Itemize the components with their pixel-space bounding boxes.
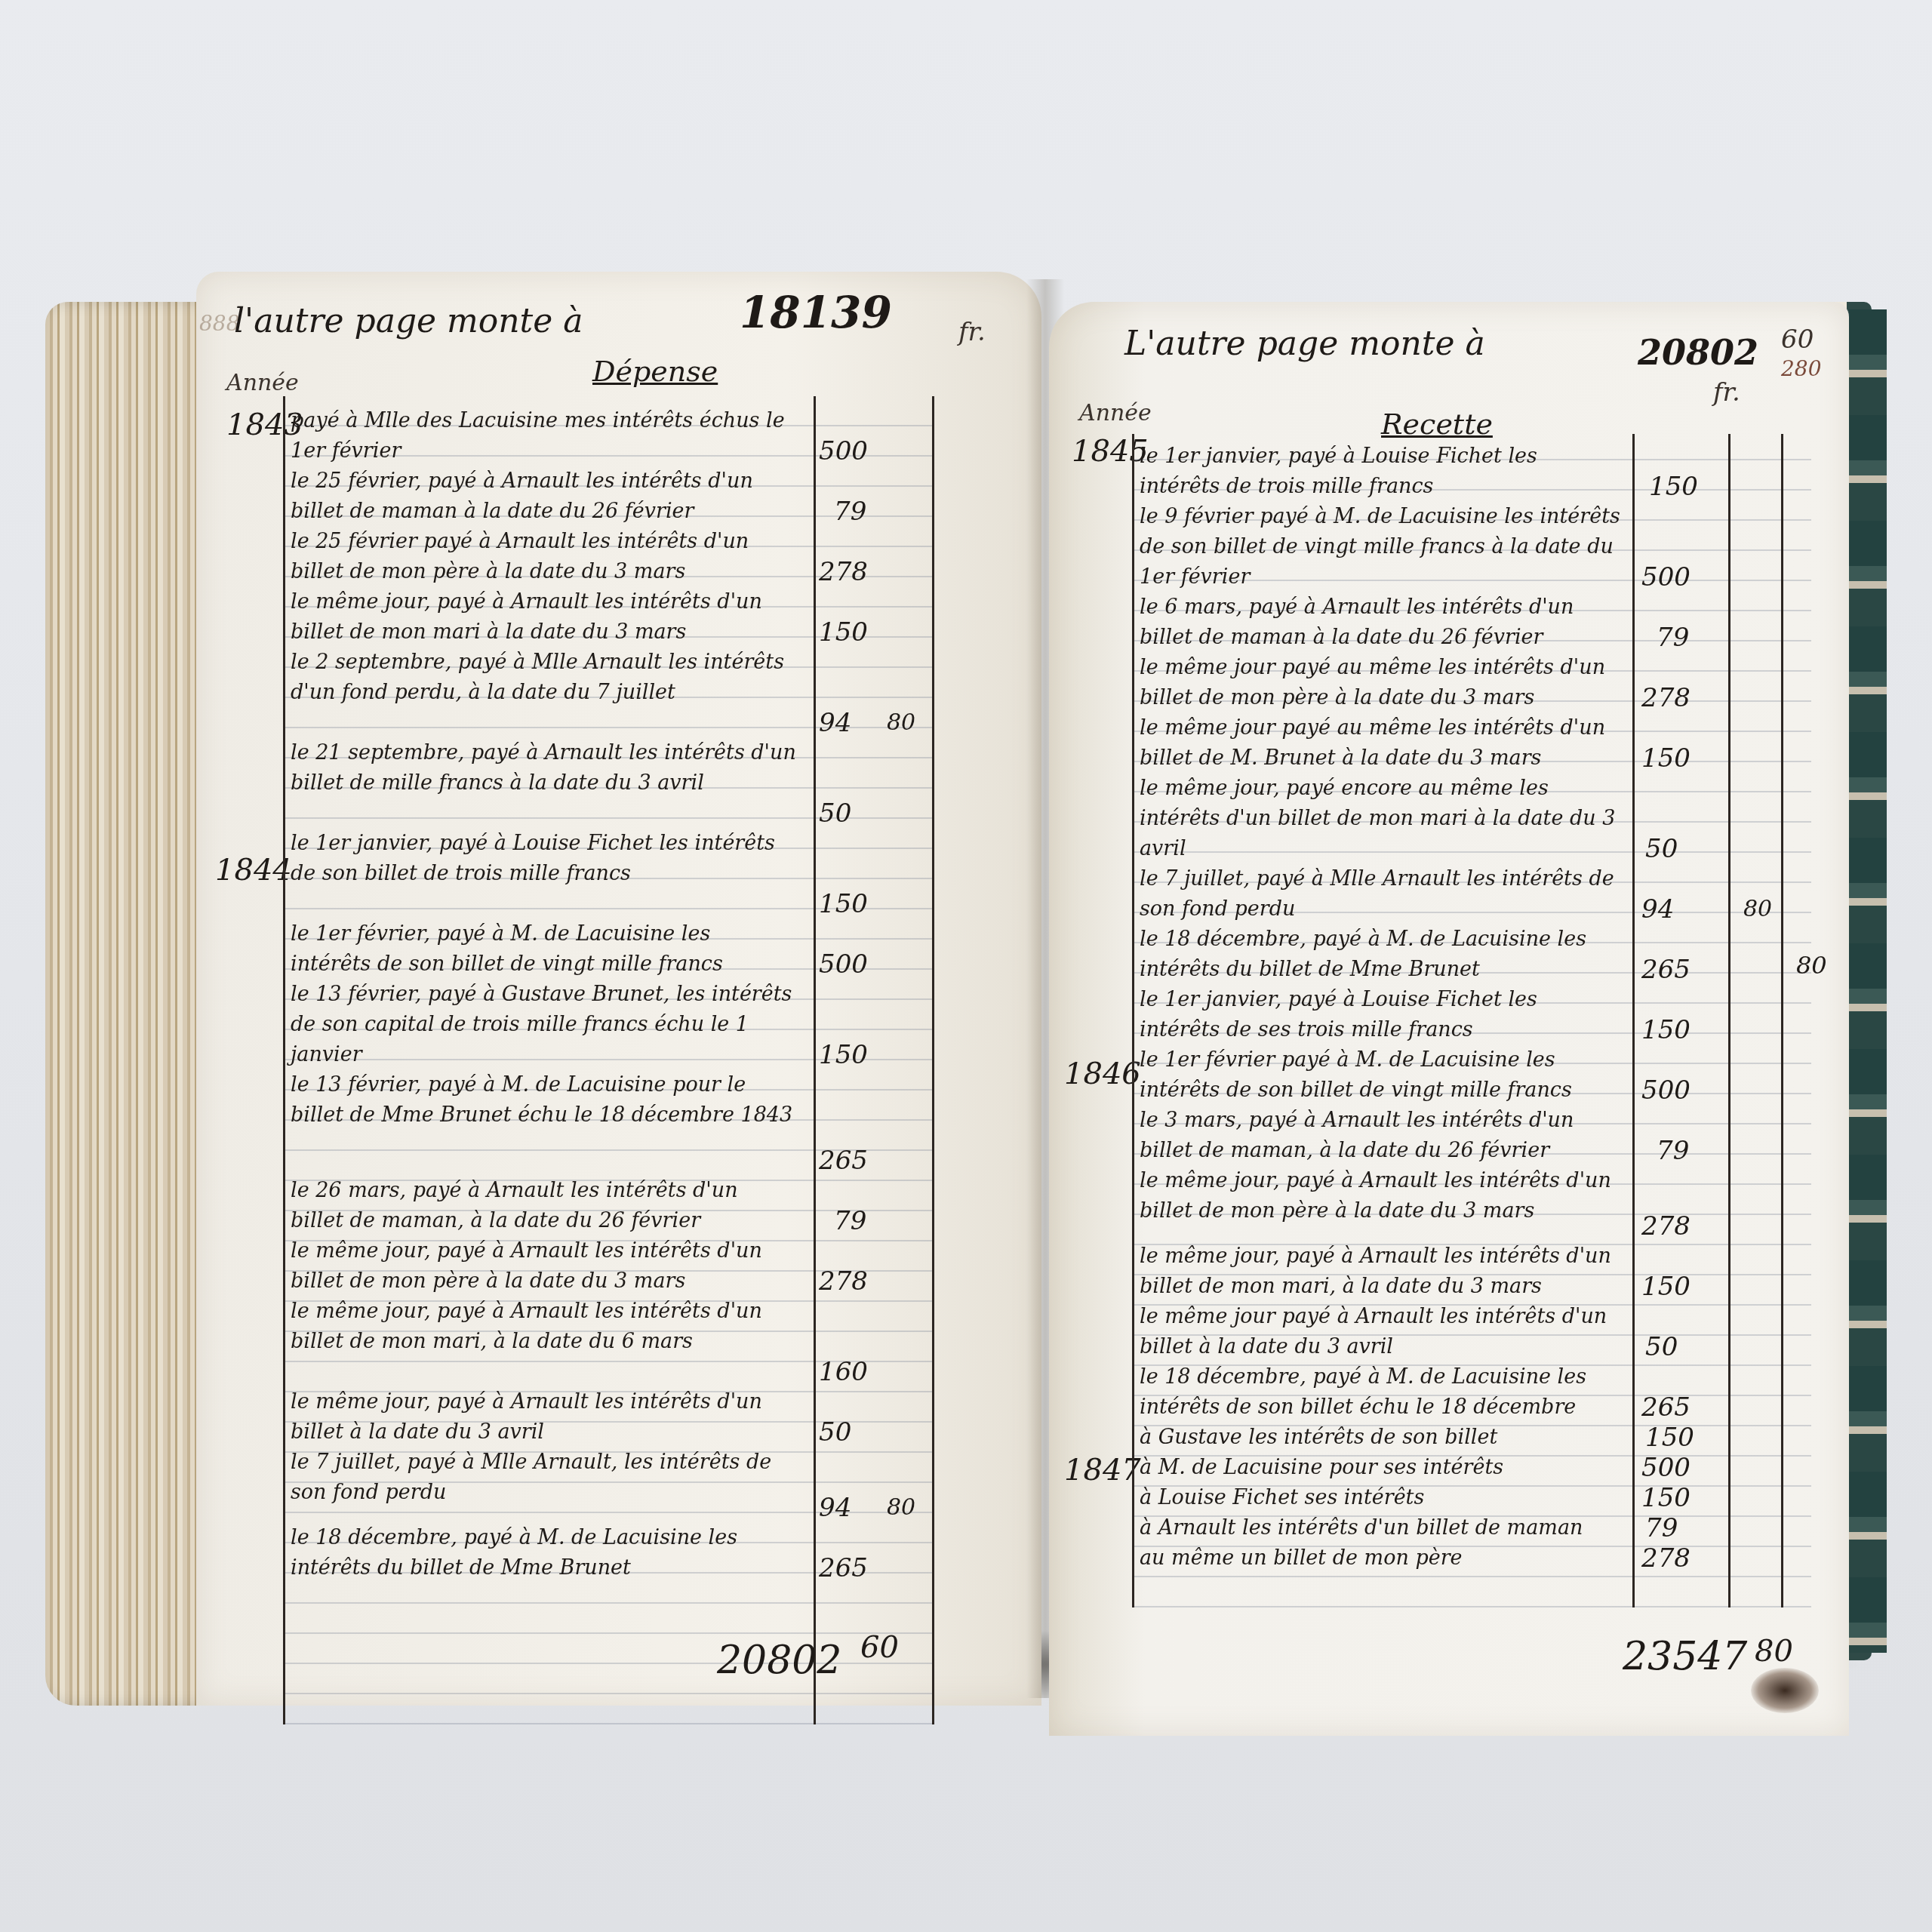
ledger-entry: le même jour, payé encore au même les in…: [1140, 774, 1804, 864]
carry-forward-label: l'autre page monte à: [234, 302, 583, 340]
carry-forward-amount: 20802: [1638, 332, 1758, 373]
ledger-entry: le même jour payé au même les intérêts d…: [1140, 653, 1804, 713]
recette-total: 23547: [1623, 1634, 1747, 1679]
ledger-entry: le 7 juillet, payé à Mlle Arnault, les i…: [291, 1447, 924, 1523]
left-page-block-edge: [45, 302, 219, 1706]
ledger-entry: le même jour, payé à Arnault les intérêt…: [1140, 1166, 1804, 1241]
ledger-entry: à Arnault les intérêts d'un billet de ma…: [1140, 1513, 1804, 1543]
annee-label: Année: [226, 370, 299, 396]
year-label: 1846: [1064, 1057, 1141, 1091]
ledger-entry: à M. de Lacuisine pour ses intérêts500: [1140, 1453, 1804, 1483]
ledger-entry: le 25 février payé à Arnault les intérêt…: [291, 527, 924, 587]
left-page-depense: 888 l'autre page monte à 18139 fr. Année…: [196, 272, 1041, 1706]
ledger-entry: à Louise Fichet ses intérêts150: [1140, 1483, 1804, 1513]
ledger-entry: à Gustave les intérêts de son billet150: [1140, 1423, 1804, 1453]
ledger-entry: le même jour, payé à Arnault les intérêt…: [291, 1236, 924, 1297]
ledger-entry: le 1er janvier, payé à Louise Fichet les…: [1140, 985, 1804, 1045]
ledger-entry: le 13 février, payé à M. de Lacuisine po…: [291, 1070, 924, 1176]
ledger-entry: le 13 février, payé à Gustave Brunet, le…: [291, 980, 924, 1070]
open-ledger-book: 888 l'autre page monte à 18139 fr. Année…: [45, 257, 1887, 1713]
ledger-entry: le même jour, payé à Arnault les intérêt…: [1140, 1241, 1804, 1302]
ledger-entry: le 2 septembre, payé à Mlle Arnault les …: [291, 648, 924, 738]
ledger-entry: au même un billet de mon père278: [1140, 1543, 1804, 1574]
depense-total: 20802: [717, 1638, 841, 1683]
green-cover-edge: [1849, 309, 1887, 1653]
ink-stain: [1751, 1668, 1819, 1713]
side-cents: 80: [1796, 951, 1827, 980]
depense-entries: payé à Mlle des Lacuisine mes intérêts é…: [291, 406, 924, 1583]
ledger-entry: le 1er janvier, payé à Louise Fichet les…: [291, 829, 924, 919]
ledger-entry: le même jour, payé à Arnault les intérêt…: [291, 587, 924, 648]
carry-forward-unit: fr.: [958, 317, 986, 347]
year-label: 1847: [1064, 1453, 1141, 1487]
carry-forward-unit: fr.: [1713, 377, 1740, 408]
recette-total-cents: 80: [1755, 1634, 1793, 1669]
corner-note: 280: [1781, 356, 1821, 381]
ledger-entry: le 25 février, payé à Arnault les intérê…: [291, 466, 924, 527]
ledger-entry: le 6 mars, payé à Arnault les intérêts d…: [1140, 592, 1804, 653]
carry-forward-cents: 60: [1781, 325, 1814, 355]
ledger-entry: le 7 juillet, payé à Mlle Arnault les in…: [1140, 864, 1804, 924]
ledger-entry: le 18 décembre, payé à M. de Lacuisine l…: [1140, 1362, 1804, 1423]
recette-entries: le 1er janvier, payé à Louise Fichet les…: [1140, 441, 1804, 1574]
depense-total-cents: 60: [860, 1630, 899, 1665]
ledger-entry: le 3 mars, payé à Arnault les intérêts d…: [1140, 1106, 1804, 1166]
ledger-entry: le 1er janvier, payé à Louise Fichet les…: [1140, 441, 1804, 502]
ledger-entry: le 21 septembre, payé à Arnault les inté…: [291, 738, 924, 829]
depense-header: Dépense: [592, 355, 718, 388]
annee-label: Année: [1079, 400, 1152, 426]
ledger-entry: le même jour payé à Arnault les intérêts…: [1140, 1302, 1804, 1362]
right-page-recette: L'autre page monte à 20802 60 fr. 280 An…: [1049, 302, 1849, 1736]
ledger-entry: le 18 décembre, payé à M. de Lacuisine l…: [291, 1523, 924, 1583]
ledger-entry: le même jour payé au même les intérêts d…: [1140, 713, 1804, 774]
year-label: 1844: [215, 853, 292, 888]
ledger-entry: le même jour, payé à Arnault les intérêt…: [291, 1387, 924, 1447]
ledger-entry: le 26 mars, payé à Arnault les intérêts …: [291, 1176, 924, 1236]
ledger-entry: le 1er février payé à M. de Lacuisine le…: [1140, 1045, 1804, 1106]
ledger-entry: le 1er février, payé à M. de Lacuisine l…: [291, 919, 924, 980]
carry-forward-label: L'autre page monte à: [1124, 325, 1485, 363]
ledger-entry: le 18 décembre, payé à M. de Lacuisine l…: [1140, 924, 1804, 985]
ledger-entry: le même jour, payé à Arnault les intérêt…: [291, 1297, 924, 1387]
ledger-entry: payé à Mlle des Lacuisine mes intérêts é…: [291, 406, 924, 466]
carry-forward-amount: 18139: [740, 287, 892, 338]
ledger-entry: le 9 février payé à M. de Lacuisine les …: [1140, 502, 1804, 592]
